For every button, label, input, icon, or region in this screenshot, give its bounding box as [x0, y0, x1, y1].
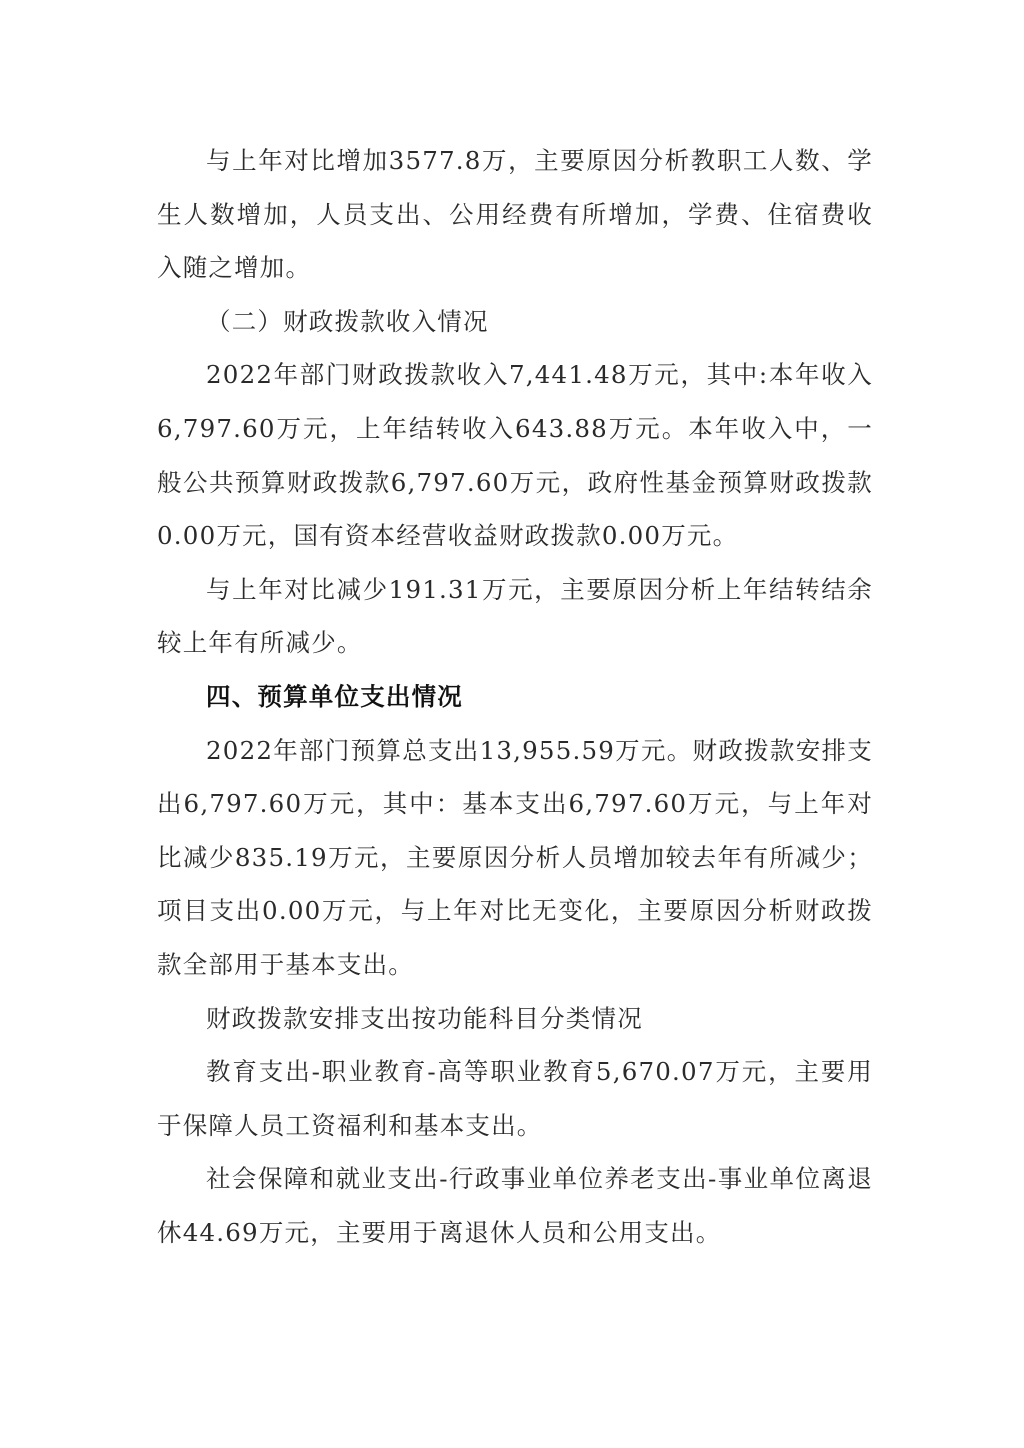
paragraph-total-expenditure: 2022年部门预算总支出13,955.59万元。财政拨款安排支出6,797.60…: [157, 724, 873, 992]
paragraph-appropriation-decrease: 与上年对比减少191.31万元，主要原因分析上年结转结余较上年有所减少。: [157, 563, 873, 670]
subheading-functional-classification: 财政拨款安排支出按功能科目分类情况: [157, 992, 873, 1046]
subheading-fiscal-appropriation-income: （二）财政拨款收入情况: [157, 295, 873, 349]
heading-budget-unit-expenditure: 四、预算单位支出情况: [157, 670, 873, 724]
document-page: 与上年对比增加3577.8万，主要原因分析教职工人数、学生人数增加，人员支出、公…: [157, 134, 873, 1259]
paragraph-income-increase: 与上年对比增加3577.8万，主要原因分析教职工人数、学生人数增加，人员支出、公…: [157, 134, 873, 295]
paragraph-education-expenditure: 教育支出-职业教育-高等职业教育5,670.07万元，主要用于保障人员工资福利和…: [157, 1045, 873, 1152]
paragraph-social-security-expenditure: 社会保障和就业支出-行政事业单位养老支出-事业单位离退休44.69万元，主要用于…: [157, 1152, 873, 1259]
paragraph-fiscal-appropriation-income: 2022年部门财政拨款收入7,441.48万元，其中:本年收入6,797.60万…: [157, 348, 873, 562]
